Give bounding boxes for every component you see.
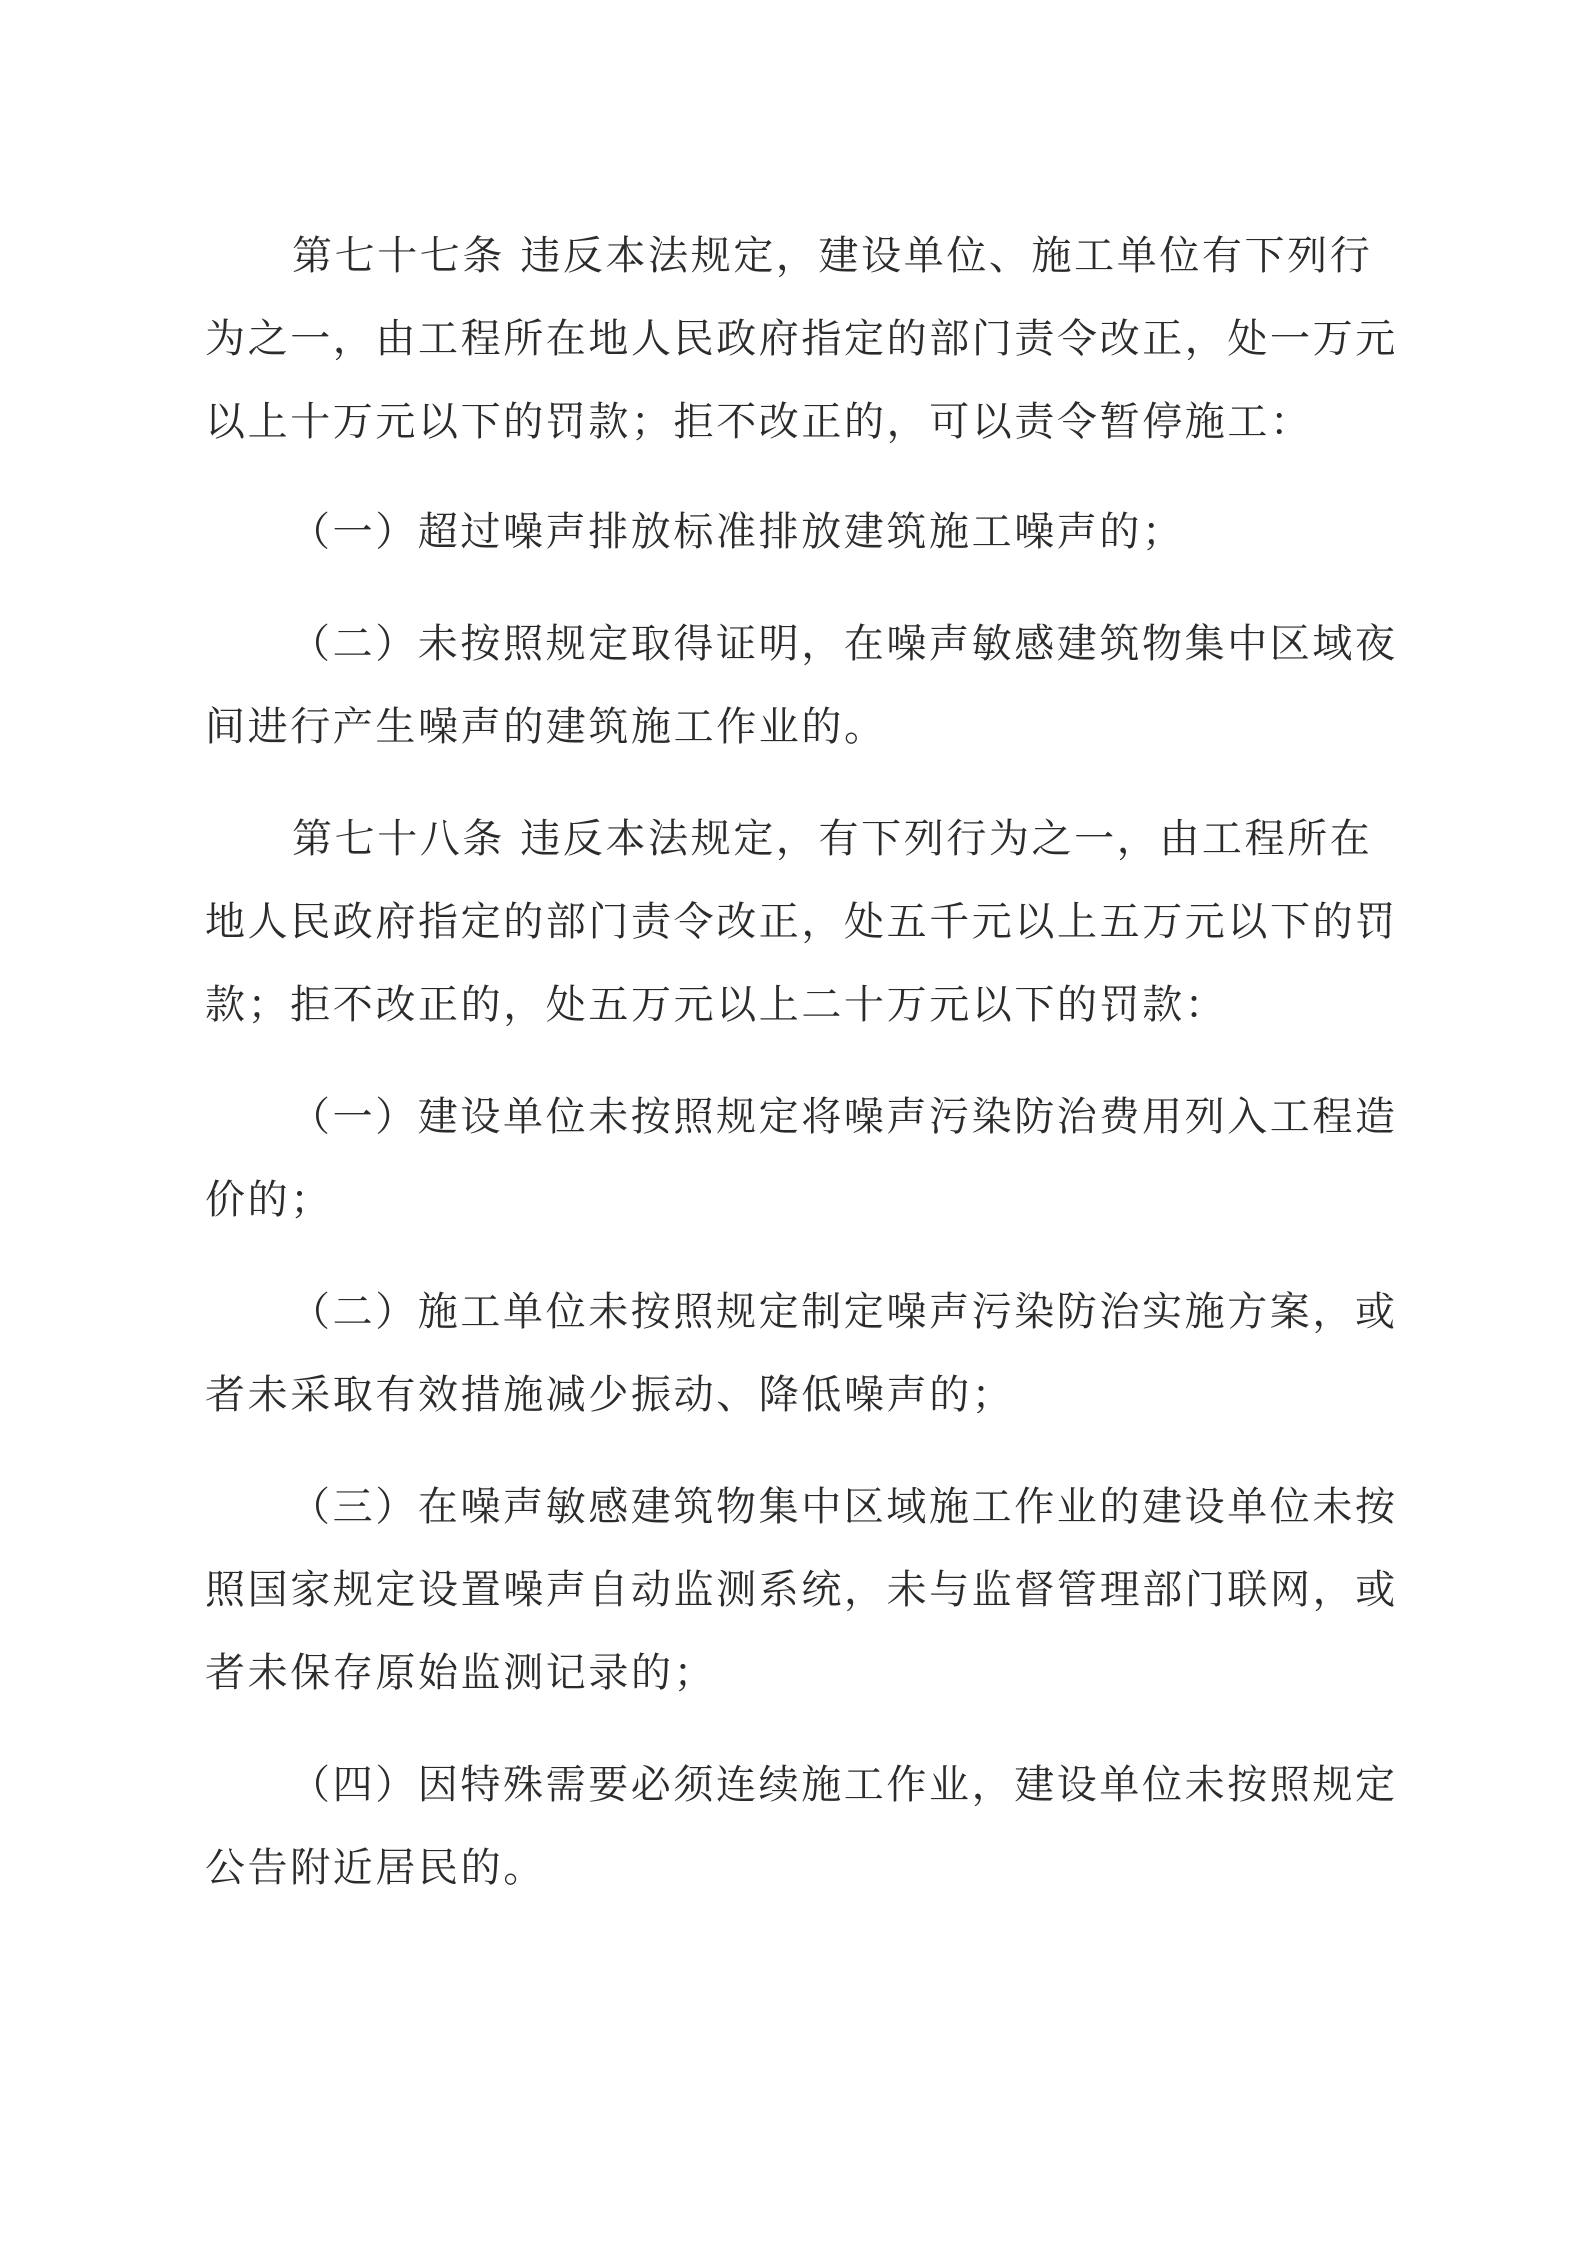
article-78-item-1-line-2: 价的； xyxy=(205,1176,333,1224)
article-78-item-4-line-2: 公告附近居民的。 xyxy=(205,1844,546,1892)
document-page: 第七十七条 违反本法规定，建设单位、施工单位有下列行 为之一，由工程所在地人民政… xyxy=(0,0,1587,2245)
article-77-item-2-line-1: （二）未按照规定取得证明，在噪声敏感建筑物集中区域夜 xyxy=(290,620,1398,668)
article-78-item-3-line-2: 照国家规定设置噪声自动监测系统，未与监督管理部门联网，或 xyxy=(205,1566,1398,1614)
article-78-line-3: 款；拒不改正的，处五万元以上二十万元以下的罚款： xyxy=(205,981,1227,1029)
article-78-item-4-line-1: （四）因特殊需要必须连续施工作业，建设单位未按照规定 xyxy=(290,1761,1398,1809)
article-78-line-1: 第七十八条 违反本法规定，有下列行为之一，由工程所在 xyxy=(292,815,1372,863)
article-78-item-2-line-1: （二）施工单位未按照规定制定噪声污染防治实施方案，或 xyxy=(290,1288,1398,1336)
article-77-line-2: 为之一，由工程所在地人民政府指定的部门责令改正，处一万元 xyxy=(205,315,1398,363)
article-78-line-2: 地人民政府指定的部门责令改正，处五千元以上五万元以下的罚 xyxy=(205,898,1398,946)
article-77-line-1: 第七十七条 违反本法规定，建设单位、施工单位有下列行 xyxy=(292,232,1372,280)
article-77-item-1-line-1: （一）超过噪声排放标准排放建筑施工噪声的； xyxy=(290,508,1185,556)
article-78-item-1-line-1: （一）建设单位未按照规定将噪声污染防治费用列入工程造 xyxy=(290,1093,1398,1141)
article-77-item-2-line-2: 间进行产生噪声的建筑施工作业的。 xyxy=(205,703,887,751)
article-78-item-3-line-3: 者未保存原始监测记录的； xyxy=(205,1649,716,1697)
article-77-line-3: 以上十万元以下的罚款；拒不改正的，可以责令暂停施工： xyxy=(205,398,1313,446)
article-78-item-2-line-2: 者未采取有效措施减少振动、降低噪声的； xyxy=(205,1371,1014,1419)
article-78-item-3-line-1: （三）在噪声敏感建筑物集中区域施工作业的建设单位未按 xyxy=(290,1483,1398,1531)
